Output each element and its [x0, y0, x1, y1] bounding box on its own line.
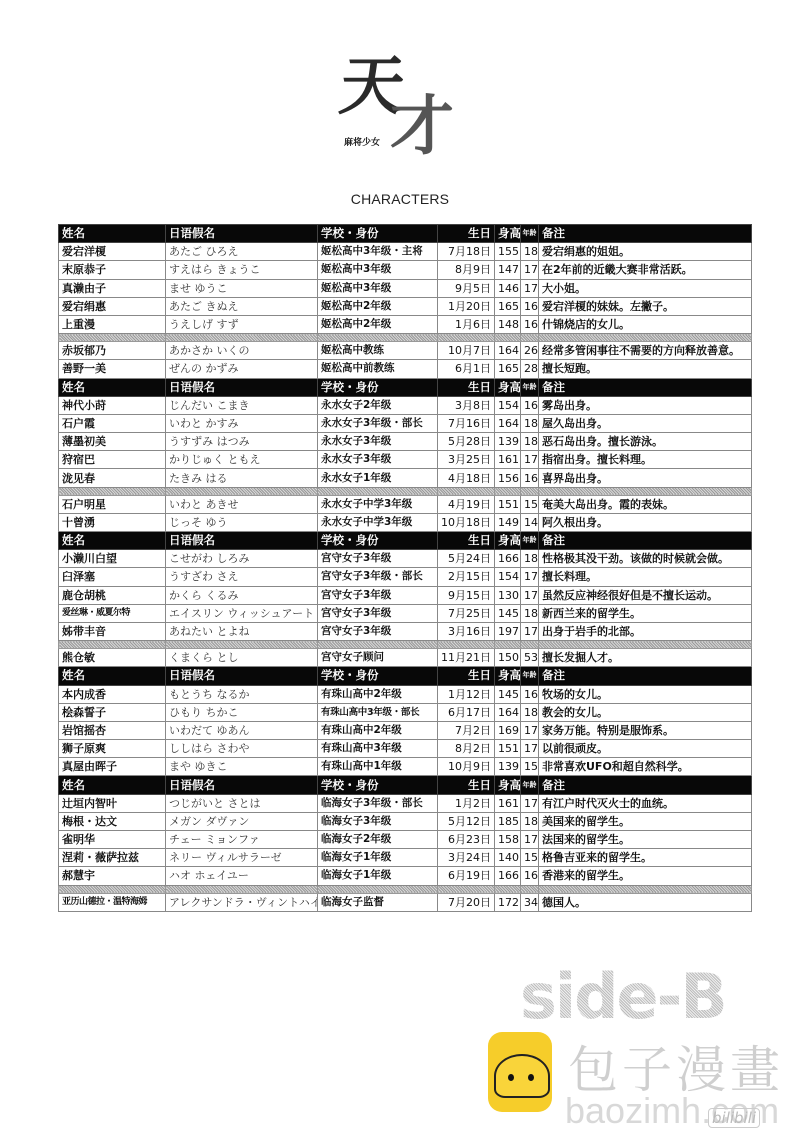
cell-name: 梅根・达文: [59, 812, 166, 830]
cell-note: 非常喜欢UFO和超自然科学。: [539, 758, 752, 776]
cell-name: 小濑川白望: [59, 550, 166, 568]
cell-name: 狩宿巴: [59, 451, 166, 469]
cell-name: 善野一美: [59, 360, 166, 378]
divider-cell: [438, 641, 495, 649]
cell-note: 在2年前的近畿大赛非常活跃。: [539, 261, 752, 279]
cell-school: 宫守女子3年级: [318, 604, 438, 622]
cell-kana: あたご きぬえ: [166, 297, 318, 315]
cell-name: 赤坂郁乃: [59, 342, 166, 360]
cell-school: 姬松高中3年级: [318, 261, 438, 279]
cell-age: 15: [521, 495, 539, 513]
cell-birthday: 10月9日: [438, 758, 495, 776]
cell-age: 17: [521, 831, 539, 849]
cell-age: 15: [521, 758, 539, 776]
table-row: 狩宿巴かりじゅく ともえ永水女子3年级3月25日16117指宿出身。擅长料理。: [59, 451, 752, 469]
column-header: 姓名: [59, 667, 166, 685]
table-row: 鹿仓胡桃かくら くるみ宫守女子3年级9月15日13017虽然反应神经很好但是不擅…: [59, 586, 752, 604]
cell-height: 161: [495, 794, 521, 812]
cell-note: 家务万能。特别是服饰系。: [539, 721, 752, 739]
cell-height: 165: [495, 360, 521, 378]
cell-note: 以前很顽皮。: [539, 740, 752, 758]
cell-height: 151: [495, 740, 521, 758]
cell-kana: チェー ミョンファ: [166, 831, 318, 849]
divider-cell: [166, 487, 318, 495]
cell-age: 14: [521, 513, 539, 531]
table-row: 石户明星いわと あきせ永水女子中学3年级4月19日15115奄美大岛出身。霞的表…: [59, 495, 752, 513]
cell-school: 姬松高中2年级: [318, 315, 438, 333]
cell-birthday: 8月2日: [438, 740, 495, 758]
table-row: 末原恭子すえはら きょうこ姬松高中3年级8月9日14717在2年前的近畿大赛非常…: [59, 261, 752, 279]
cell-note: 雾岛出身。: [539, 396, 752, 414]
cell-height: 139: [495, 758, 521, 776]
table-row: 臼泽塞うすざわ さえ宫守女子3年级・部长2月15日15417擅长料理。: [59, 568, 752, 586]
cell-name: 爱宕绢惠: [59, 297, 166, 315]
cell-school: 永水女子中学3年级: [318, 513, 438, 531]
cell-school: 临海女子1年级: [318, 867, 438, 885]
cell-height: 164: [495, 703, 521, 721]
cell-kana: いわだて ゆあん: [166, 721, 318, 739]
cell-birthday: 3月25日: [438, 451, 495, 469]
cell-kana: あたご ひろえ: [166, 243, 318, 261]
cell-school: 永水女子3年级: [318, 451, 438, 469]
cell-school: 永水女子1年级: [318, 469, 438, 487]
cell-age: 17: [521, 721, 539, 739]
column-header: 学校・身份: [318, 667, 438, 685]
cell-height: 165: [495, 297, 521, 315]
cell-kana: すえはら きょうこ: [166, 261, 318, 279]
table-row: 狮子原爽ししはら さわや有珠山高中3年级8月2日15117以前很顽皮。: [59, 740, 752, 758]
table-header-row: 姓名日语假名学校・身份生日身高年龄备注: [59, 667, 752, 685]
cell-height: 155: [495, 243, 521, 261]
divider-cell: [438, 487, 495, 495]
table-header-row: 姓名日语假名学校・身份生日身高年龄备注: [59, 532, 752, 550]
cell-height: 164: [495, 414, 521, 432]
cell-height: 149: [495, 513, 521, 531]
table-row: 雀明华チェー ミョンファ临海女子2年级6月23日15817法国来的留学生。: [59, 831, 752, 849]
divider-cell: [318, 885, 438, 893]
cell-kana: たきみ はる: [166, 469, 318, 487]
cell-school: 姬松高中3年级: [318, 279, 438, 297]
cell-age: 17: [521, 279, 539, 297]
cell-birthday: 9月15日: [438, 586, 495, 604]
column-header: 身高: [495, 378, 521, 396]
column-header: 备注: [539, 225, 752, 243]
cell-kana: アレクサンドラ・ヴィントハイム: [166, 893, 318, 911]
cell-height: 139: [495, 433, 521, 451]
cell-school: 临海女子3年级・部长: [318, 794, 438, 812]
cell-kana: じんだい こまき: [166, 396, 318, 414]
table-row: 涅莉・薇萨拉兹ネリー ヴィルサラーゼ临海女子1年级3月24日14015格鲁吉亚来…: [59, 849, 752, 867]
cell-note: 奄美大岛出身。霞的表妹。: [539, 495, 752, 513]
divider-cell: [318, 487, 438, 495]
column-header: 年龄: [521, 532, 539, 550]
divider-cell: [521, 885, 539, 893]
eye-icon: [528, 1074, 534, 1081]
cell-birthday: 4月19日: [438, 495, 495, 513]
cell-note: 阿久根出身。: [539, 513, 752, 531]
cell-kana: いわと かすみ: [166, 414, 318, 432]
table-row: 亚历山德拉・温特海姆アレクサンドラ・ヴィントハイム临海女子监督7月20日1723…: [59, 893, 752, 911]
divider-cell: [438, 885, 495, 893]
divider-cell: [539, 487, 752, 495]
characters-table-body: 姓名日语假名学校・身份生日身高年龄备注爱宕洋榎あたご ひろえ姬松高中3年级・主将…: [59, 225, 752, 912]
table-row: 桧森誓子ひもり ちかこ有珠山高中3年级・部长6月17日16418教会的女儿。: [59, 703, 752, 721]
cell-age: 16: [521, 685, 539, 703]
column-header: 身高: [495, 225, 521, 243]
column-header: 姓名: [59, 532, 166, 550]
cell-height: 147: [495, 261, 521, 279]
cell-birthday: 7月20日: [438, 893, 495, 911]
cell-kana: もとうち なるか: [166, 685, 318, 703]
cell-birthday: 9月5日: [438, 279, 495, 297]
cell-school: 临海女子3年级: [318, 812, 438, 830]
cell-height: 158: [495, 831, 521, 849]
cell-name: 上重漫: [59, 315, 166, 333]
cell-age: 17: [521, 586, 539, 604]
column-header: 日语假名: [166, 378, 318, 396]
bun-icon: [494, 1054, 550, 1098]
cell-kana: エイスリン ウィッシュアート: [166, 604, 318, 622]
cell-name: 辻垣内智叶: [59, 794, 166, 812]
cell-school: 有珠山高中2年级: [318, 721, 438, 739]
cell-kana: ませ ゆうこ: [166, 279, 318, 297]
cell-birthday: 7月18日: [438, 243, 495, 261]
cell-name: 爱宕洋榎: [59, 243, 166, 261]
bilibili-watermark: bilibili: [708, 1108, 760, 1128]
cell-birthday: 5月12日: [438, 812, 495, 830]
cell-height: 166: [495, 867, 521, 885]
cell-note: 格鲁吉亚来的留学生。: [539, 849, 752, 867]
page-title: CHARACTERS: [0, 191, 800, 207]
column-header: 年龄: [521, 225, 539, 243]
cell-name: 泷见春: [59, 469, 166, 487]
cell-name: 十曾湧: [59, 513, 166, 531]
cell-age: 18: [521, 604, 539, 622]
cell-note: 教会的女儿。: [539, 703, 752, 721]
cell-height: 130: [495, 586, 521, 604]
cell-note: 美国来的留学生。: [539, 812, 752, 830]
cell-kana: あかさか いくの: [166, 342, 318, 360]
table-row: 梅根・达文メガン ダヴァン临海女子3年级5月12日18518美国来的留学生。: [59, 812, 752, 830]
cell-note: 爱宕洋榎的妹妹。左撇子。: [539, 297, 752, 315]
cell-age: 28: [521, 360, 539, 378]
column-header: 姓名: [59, 378, 166, 396]
cell-kana: うえしげ すず: [166, 315, 318, 333]
cell-age: 18: [521, 703, 539, 721]
cell-birthday: 10月18日: [438, 513, 495, 531]
cell-age: 17: [521, 261, 539, 279]
cell-height: 146: [495, 279, 521, 297]
column-header: 日语假名: [166, 667, 318, 685]
cell-age: 53: [521, 649, 539, 667]
eye-icon: [508, 1074, 514, 1081]
cell-kana: うすざわ さえ: [166, 568, 318, 586]
cell-birthday: 1月2日: [438, 794, 495, 812]
cell-note: 牧场的女儿。: [539, 685, 752, 703]
cell-height: 151: [495, 495, 521, 513]
cell-birthday: 5月28日: [438, 433, 495, 451]
divider-cell: [495, 641, 521, 649]
cell-name: 本内成香: [59, 685, 166, 703]
table-row: 辻垣内智叶つじがいと さとは临海女子3年级・部长1月2日16117有江户时代灭火…: [59, 794, 752, 812]
table-row: 上重漫うえしげ すず姬松高中2年级1月6日14816什锦烧店的女儿。: [59, 315, 752, 333]
cell-note: 爱宕绢惠的姐姐。: [539, 243, 752, 261]
cell-birthday: 1月12日: [438, 685, 495, 703]
column-header: 生日: [438, 225, 495, 243]
cell-name: 爱丝琳・威夏尔特: [59, 604, 166, 622]
divider-cell: [166, 641, 318, 649]
cell-note: 法国来的留学生。: [539, 831, 752, 849]
cell-birthday: 7月16日: [438, 414, 495, 432]
divider-cell: [59, 334, 166, 342]
baozi-logo-icon: [488, 1032, 552, 1112]
table-row: 爱宕洋榎あたご ひろえ姬松高中3年级・主将7月18日15518爱宕绢惠的姐姐。: [59, 243, 752, 261]
cell-note: 有江户时代灭火士的血统。: [539, 794, 752, 812]
cell-note: 喜界岛出身。: [539, 469, 752, 487]
column-header: 生日: [438, 532, 495, 550]
table-row: 姊带丰音あねたい とよね宫守女子3年级3月16日19717出身于岩手的北部。: [59, 622, 752, 640]
cell-kana: ぜんの かずみ: [166, 360, 318, 378]
cell-school: 姬松高中前教练: [318, 360, 438, 378]
cell-age: 18: [521, 243, 539, 261]
cell-birthday: 2月15日: [438, 568, 495, 586]
cell-kana: まや ゆきこ: [166, 758, 318, 776]
cell-height: 154: [495, 568, 521, 586]
column-header: 日语假名: [166, 776, 318, 794]
divider-cell: [495, 334, 521, 342]
cell-height: 172: [495, 893, 521, 911]
cell-school: 临海女子1年级: [318, 849, 438, 867]
cell-height: 145: [495, 604, 521, 622]
cell-height: 148: [495, 315, 521, 333]
cell-name: 熊仓敏: [59, 649, 166, 667]
cell-name: 薄墨初美: [59, 433, 166, 451]
cell-birthday: 11月21日: [438, 649, 495, 667]
cell-school: 有珠山高中2年级: [318, 685, 438, 703]
divider-cell: [166, 885, 318, 893]
cell-school: 有珠山高中3年级: [318, 740, 438, 758]
cell-note: 性格极其没干劲。该做的时候就会做。: [539, 550, 752, 568]
logo-subtitle: 麻将少女: [344, 135, 380, 148]
cell-age: 34: [521, 893, 539, 911]
divider-cell: [318, 334, 438, 342]
cell-school: 宫守女子3年级: [318, 586, 438, 604]
cell-birthday: 5月24日: [438, 550, 495, 568]
divider-cell: [521, 487, 539, 495]
cell-school: 宫守女子3年级: [318, 550, 438, 568]
column-header: 学校・身份: [318, 225, 438, 243]
cell-birthday: 3月16日: [438, 622, 495, 640]
cell-school: 宫守女子3年级: [318, 622, 438, 640]
column-header: 年龄: [521, 667, 539, 685]
cell-kana: かりじゅく ともえ: [166, 451, 318, 469]
column-header: 备注: [539, 776, 752, 794]
cell-height: 197: [495, 622, 521, 640]
cell-name: 石户明星: [59, 495, 166, 513]
cell-school: 姬松高中教练: [318, 342, 438, 360]
column-header: 学校・身份: [318, 378, 438, 396]
cell-birthday: 7月25日: [438, 604, 495, 622]
section-divider: [59, 885, 752, 893]
cell-height: 166: [495, 550, 521, 568]
cell-birthday: 7月2日: [438, 721, 495, 739]
section-divider: [59, 334, 752, 342]
cell-height: 154: [495, 396, 521, 414]
cell-age: 17: [521, 451, 539, 469]
cell-name: 亚历山德拉・温特海姆: [59, 893, 166, 911]
table-row: 爱丝琳・威夏尔特エイスリン ウィッシュアート宫守女子3年级7月25日14518新…: [59, 604, 752, 622]
cell-age: 18: [521, 812, 539, 830]
cell-name: 桧森誓子: [59, 703, 166, 721]
section-divider: [59, 641, 752, 649]
cell-birthday: 6月23日: [438, 831, 495, 849]
cell-height: 140: [495, 849, 521, 867]
column-header: 学校・身份: [318, 532, 438, 550]
table-row: 十曾湧じっそ ゆう永水女子中学3年级10月18日14914阿久根出身。: [59, 513, 752, 531]
cell-age: 17: [521, 794, 539, 812]
cell-birthday: 1月6日: [438, 315, 495, 333]
table-header-row: 姓名日语假名学校・身份生日身高年龄备注: [59, 225, 752, 243]
cell-school: 永水女子3年级・部长: [318, 414, 438, 432]
cell-birthday: 1月20日: [438, 297, 495, 315]
table-row: 真屋由晖子まや ゆきこ有珠山高中1年级10月9日13915非常喜欢UFO和超自然…: [59, 758, 752, 776]
cell-kana: ハオ ホェイユー: [166, 867, 318, 885]
cell-age: 16: [521, 469, 539, 487]
cell-school: 永水女子3年级: [318, 433, 438, 451]
divider-cell: [59, 641, 166, 649]
table-row: 郝慧宇ハオ ホェイユー临海女子1年级6月19日16616香港来的留学生。: [59, 867, 752, 885]
column-header: 身高: [495, 532, 521, 550]
divider-cell: [539, 641, 752, 649]
cell-age: 16: [521, 315, 539, 333]
cell-school: 姬松高中3年级・主将: [318, 243, 438, 261]
divider-cell: [318, 641, 438, 649]
cell-name: 雀明华: [59, 831, 166, 849]
logo-char-2: 才: [390, 95, 454, 159]
cell-school: 有珠山高中1年级: [318, 758, 438, 776]
cell-kana: くまくら とし: [166, 649, 318, 667]
cell-height: 164: [495, 342, 521, 360]
divider-cell: [539, 885, 752, 893]
table-row: 真濑由子ませ ゆうこ姬松高中3年级9月5日14617大小姐。: [59, 279, 752, 297]
table-row: 石户霞いわと かすみ永水女子3年级・部长7月16日16418屋久岛出身。: [59, 414, 752, 432]
column-header: 年龄: [521, 378, 539, 396]
table-row: 熊仓敏くまくら とし宫守女子顾问11月21日15053擅长发掘人才。: [59, 649, 752, 667]
table-header-row: 姓名日语假名学校・身份生日身高年龄备注: [59, 378, 752, 396]
divider-cell: [59, 487, 166, 495]
cell-kana: こせがわ しろみ: [166, 550, 318, 568]
table-row: 薄墨初美うすずみ はつみ永水女子3年级5月28日13918恶石岛出身。擅长游泳。: [59, 433, 752, 451]
cell-note: 出身于岩手的北部。: [539, 622, 752, 640]
cell-note: 虽然反应神经很好但是不擅长运动。: [539, 586, 752, 604]
cell-birthday: 3月8日: [438, 396, 495, 414]
divider-cell: [521, 334, 539, 342]
table-row: 神代小莳じんだい こまき永水女子2年级3月8日15416雾岛出身。: [59, 396, 752, 414]
divider-cell: [495, 487, 521, 495]
cell-name: 涅莉・薇萨拉兹: [59, 849, 166, 867]
column-header: 备注: [539, 532, 752, 550]
section-divider: [59, 487, 752, 495]
cell-name: 郝慧宇: [59, 867, 166, 885]
column-header: 生日: [438, 776, 495, 794]
divider-cell: [166, 334, 318, 342]
column-header: 身高: [495, 667, 521, 685]
cell-kana: あねたい とよね: [166, 622, 318, 640]
cell-name: 神代小莳: [59, 396, 166, 414]
table-row: 岩馆摇杏いわだて ゆあん有珠山高中2年级7月2日16917家务万能。特别是服饰系…: [59, 721, 752, 739]
cell-note: 大小姐。: [539, 279, 752, 297]
column-header: 备注: [539, 667, 752, 685]
cell-age: 18: [521, 414, 539, 432]
cell-name: 真濑由子: [59, 279, 166, 297]
divider-cell: [539, 334, 752, 342]
side-b-watermark: side-B: [520, 960, 726, 1033]
column-header: 日语假名: [166, 532, 318, 550]
cell-name: 臼泽塞: [59, 568, 166, 586]
cell-age: 26: [521, 342, 539, 360]
column-header: 姓名: [59, 776, 166, 794]
cell-school: 永水女子2年级: [318, 396, 438, 414]
characters-table: 姓名日语假名学校・身份生日身高年龄备注爱宕洋榎あたご ひろえ姬松高中3年级・主将…: [58, 224, 752, 912]
cell-name: 真屋由晖子: [59, 758, 166, 776]
cell-height: 185: [495, 812, 521, 830]
cell-age: 17: [521, 622, 539, 640]
cell-name: 石户霞: [59, 414, 166, 432]
cell-note: 什锦烧店的女儿。: [539, 315, 752, 333]
cell-school: 临海女子2年级: [318, 831, 438, 849]
cell-school: 姬松高中2年级: [318, 297, 438, 315]
cell-name: 岩馆摇杏: [59, 721, 166, 739]
cell-birthday: 6月17日: [438, 703, 495, 721]
cell-note: 新西兰来的留学生。: [539, 604, 752, 622]
cell-birthday: 3月24日: [438, 849, 495, 867]
cell-school: 宫守女子3年级・部长: [318, 568, 438, 586]
cell-age: 18: [521, 550, 539, 568]
cell-age: 15: [521, 849, 539, 867]
cell-name: 末原恭子: [59, 261, 166, 279]
cell-birthday: 6月1日: [438, 360, 495, 378]
cell-kana: ネリー ヴィルサラーゼ: [166, 849, 318, 867]
table-row: 泷见春たきみ はる永水女子1年级4月18日15616喜界岛出身。: [59, 469, 752, 487]
cell-school: 有珠山高中3年级・部长: [318, 703, 438, 721]
column-header: 生日: [438, 378, 495, 396]
cell-name: 狮子原爽: [59, 740, 166, 758]
column-header: 年龄: [521, 776, 539, 794]
divider-cell: [521, 641, 539, 649]
cell-note: 香港来的留学生。: [539, 867, 752, 885]
cell-note: 德国人。: [539, 893, 752, 911]
cell-school: 永水女子中学3年级: [318, 495, 438, 513]
column-header: 日语假名: [166, 225, 318, 243]
table-row: 本内成香もとうち なるか有珠山高中2年级1月12日14516牧场的女儿。: [59, 685, 752, 703]
table-row: 善野一美ぜんの かずみ姬松高中前教练6月1日16528擅长短跑。: [59, 360, 752, 378]
column-header: 备注: [539, 378, 752, 396]
cell-note: 指宿出身。擅长料理。: [539, 451, 752, 469]
cell-kana: かくら くるみ: [166, 586, 318, 604]
cell-note: 擅长料理。: [539, 568, 752, 586]
divider-cell: [59, 885, 166, 893]
cell-height: 161: [495, 451, 521, 469]
cell-note: 恶石岛出身。擅长游泳。: [539, 433, 752, 451]
column-header: 姓名: [59, 225, 166, 243]
title-logo: 天 才 麻将少女: [340, 55, 465, 180]
cell-height: 145: [495, 685, 521, 703]
cell-height: 169: [495, 721, 521, 739]
cell-age: 18: [521, 433, 539, 451]
cell-kana: ひもり ちかこ: [166, 703, 318, 721]
table-row: 赤坂郁乃あかさか いくの姬松高中教练10月7日16426经常多管闲事往不需要的方…: [59, 342, 752, 360]
column-header: 生日: [438, 667, 495, 685]
